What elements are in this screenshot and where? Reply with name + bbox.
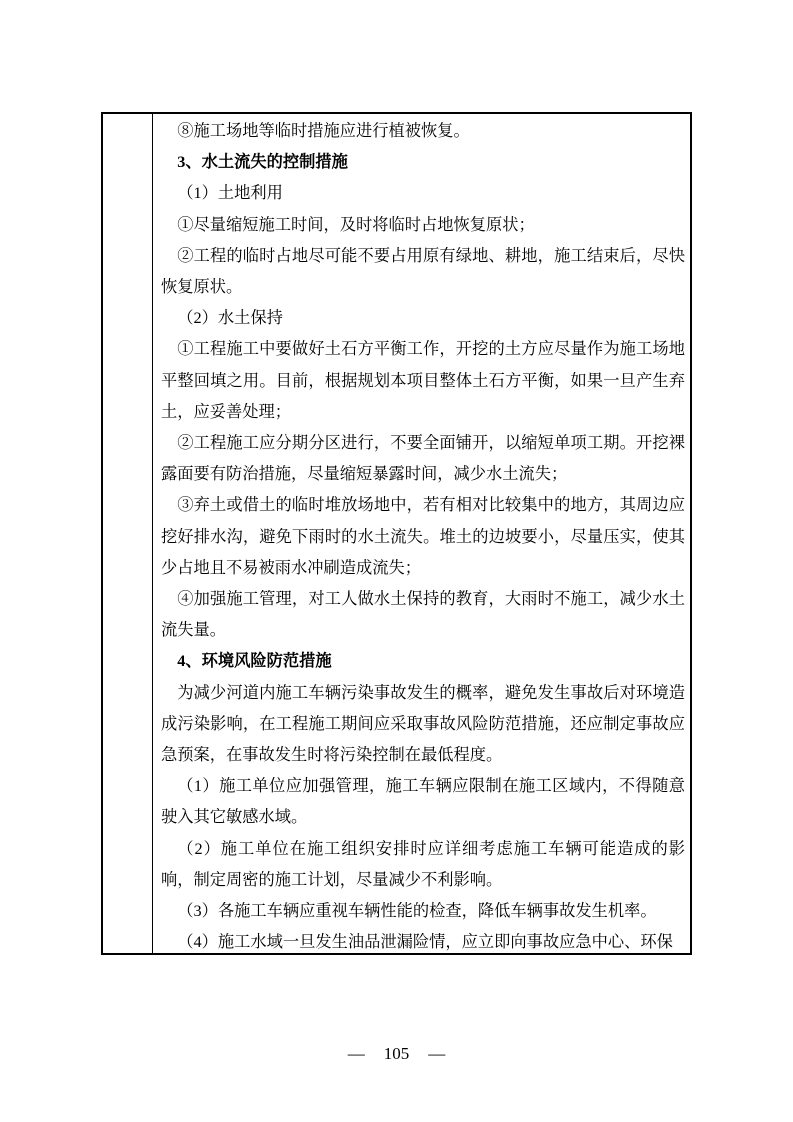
- page-footer: —105—: [0, 1042, 793, 1066]
- paragraph: （4）施工水域一旦发生油品泄漏险情，应立即向事故应急中心、环保: [161, 927, 685, 953]
- section-heading: 4、环境风险防范措施: [161, 646, 685, 677]
- footer-left-dash: —: [348, 1042, 365, 1066]
- document-table: ⑧施工场地等临时措施应进行植被恢复。3、水土流失的控制措施（1）土地利用①尽量缩…: [101, 112, 692, 955]
- table-empty-left-cell: [103, 114, 153, 953]
- paragraph: ②工程的临时占地尽可能不要占用原有绿地、耕地，施工结束后，尽快恢复原状。: [161, 241, 685, 303]
- paragraph: （1）土地利用: [161, 178, 685, 209]
- section-heading: 3、水土流失的控制措施: [161, 147, 685, 178]
- paragraph: ①工程施工中要做好土石方平衡工作，开挖的土方应尽量作为施工场地平整回填之用。目前…: [161, 334, 685, 428]
- paragraph: （2）施工单位在施工组织安排时应详细考虑施工车辆可能造成的影响，制定周密的施工计…: [161, 834, 685, 896]
- paragraph: ③弃土或借土的临时堆放场地中，若有相对比较集中的地方，其周边应挖好排水沟，避免下…: [161, 490, 685, 584]
- footer-right-dash: —: [428, 1042, 445, 1066]
- paragraph: ⑧施工场地等临时措施应进行植被恢复。: [161, 116, 685, 147]
- paragraph: 为减少河道内施工车辆污染事故发生的概率，避免发生事故后对环境造成污染影响，在工程…: [161, 678, 685, 772]
- paragraph: ①尽量缩短施工时间，及时将临时占地恢复原状；: [161, 210, 685, 241]
- page-number: 105: [384, 1042, 410, 1066]
- table-content-cell: ⑧施工场地等临时措施应进行植被恢复。3、水土流失的控制措施（1）土地利用①尽量缩…: [153, 114, 690, 953]
- paragraph: ④加强施工管理，对工人做水土保持的教育，大雨时不施工，减少水土流失量。: [161, 584, 685, 646]
- paragraph: ②工程施工应分期分区进行，不要全面铺开，以缩短单项工期。开挖裸露面要有防治措施，…: [161, 428, 685, 490]
- paragraph: （1）施工单位应加强管理，施工车辆应限制在施工区域内，不得随意驶入其它敏感水域。: [161, 771, 685, 833]
- paragraph: （2）水土保持: [161, 303, 685, 334]
- paragraph: （3）各施工车辆应重视车辆性能的检查，降低车辆事故发生机率。: [161, 896, 685, 927]
